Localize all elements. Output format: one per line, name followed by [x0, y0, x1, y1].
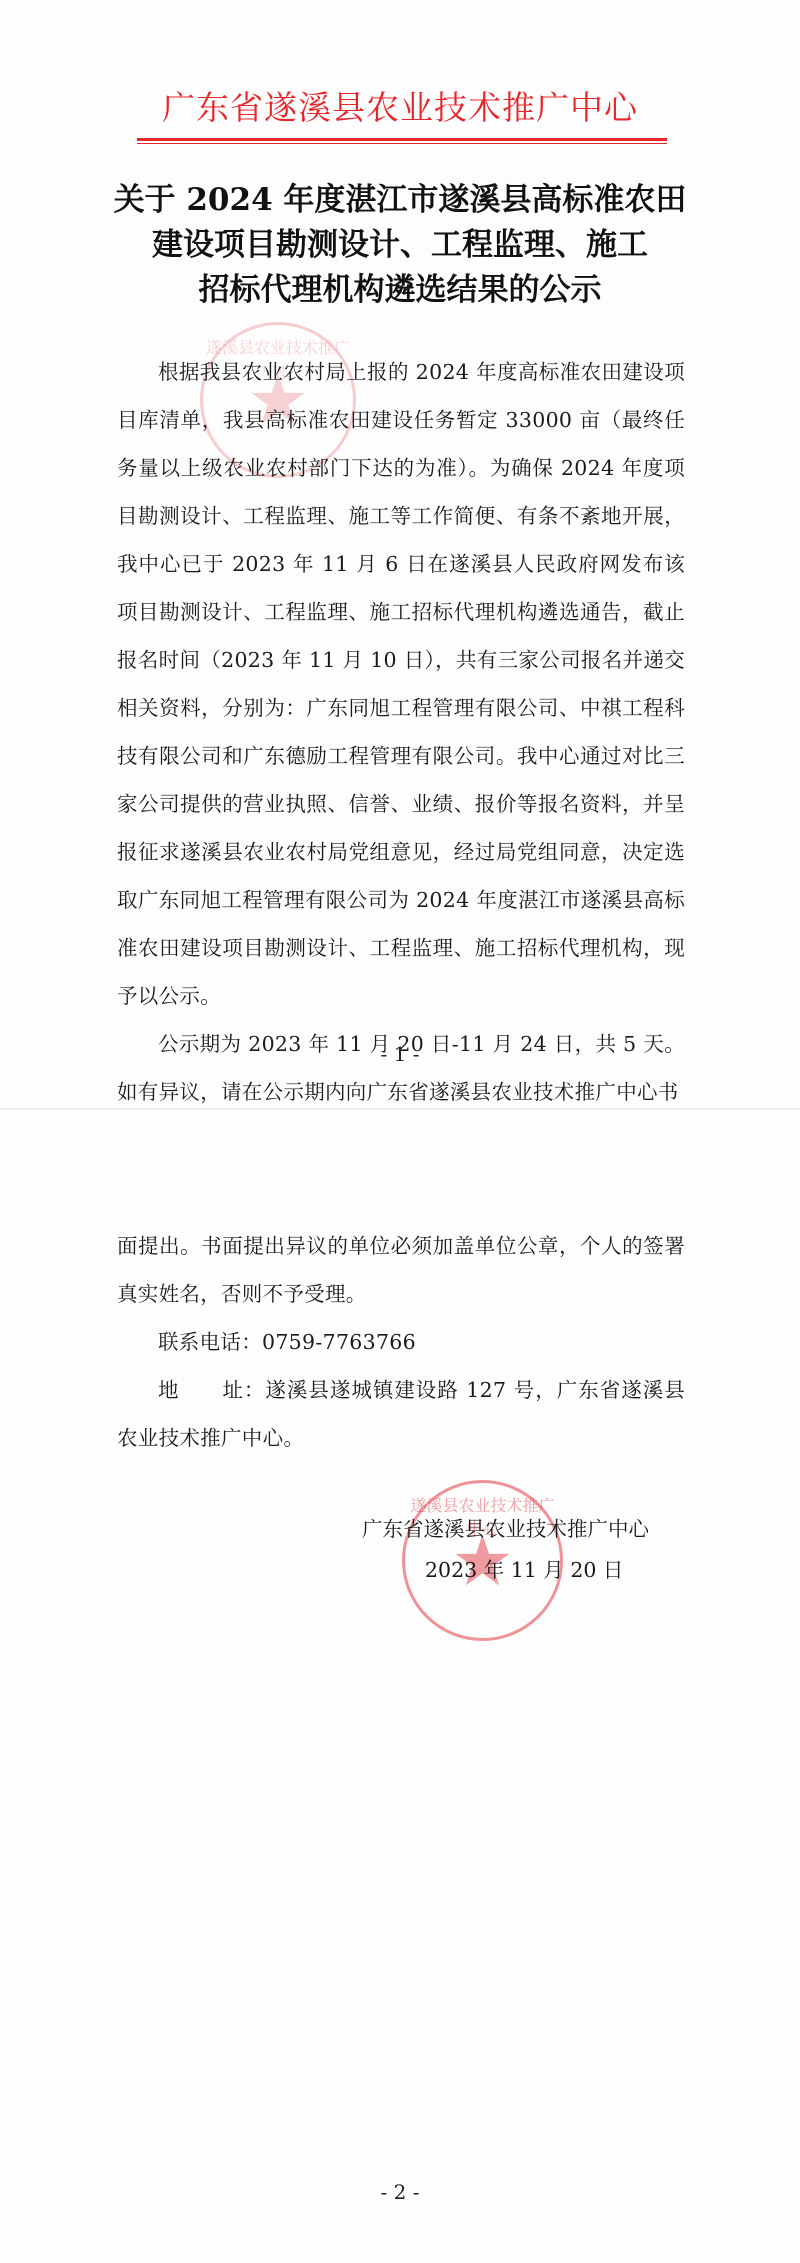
title-line-3: 招标代理机构遴选结果的公示 — [0, 268, 800, 313]
red-divider-thin — [137, 143, 667, 144]
org-red-header: 广东省遂溪县农业技术推广中心 — [0, 82, 800, 129]
page-number-1: - 1 - — [0, 1042, 800, 1066]
page1-body: 根据我县农业农村局上报的 2024 年度高标准农田建设项目库清单，我县高标准农田… — [117, 348, 685, 1116]
red-divider-thick — [137, 138, 667, 141]
contact-phone: 联系电话：0759-7763766 — [117, 1318, 685, 1366]
contact-address: 地 址：遂溪县遂城镇建设路 127 号，广东省遂溪县农业技术推广中心。 — [117, 1366, 685, 1462]
paragraph-continuation: 面提出。书面提出异议的单位必须加盖单位公章，个人的签署真实姓名，否则不予受理。 — [117, 1222, 685, 1318]
page2-body: 面提出。书面提出异议的单位必须加盖单位公章，个人的签署真实姓名，否则不予受理。 … — [117, 1222, 685, 1462]
paragraph-main: 根据我县农业农村局上报的 2024 年度高标准农田建设项目库清单，我县高标准农田… — [117, 348, 685, 1020]
title-line-1: 关于 2024 年度湛江市遂溪县高标准农田 — [0, 178, 800, 223]
signature-date: 2023 年 11 月 20 日 — [425, 1553, 623, 1583]
document-title: 关于 2024 年度湛江市遂溪县高标准农田 建设项目勘测设计、工程监理、施工 招… — [0, 178, 800, 313]
page-number-2: - 2 - — [0, 2180, 800, 2204]
paragraph-notice-period: 公示期为 2023 年 11 月 20 日-11 月 24 日，共 5 天。如有… — [117, 1020, 685, 1116]
title-line-2: 建设项目勘测设计、工程监理、施工 — [0, 223, 800, 268]
signature-org: 广东省遂溪县农业技术推广中心 — [362, 1512, 649, 1542]
